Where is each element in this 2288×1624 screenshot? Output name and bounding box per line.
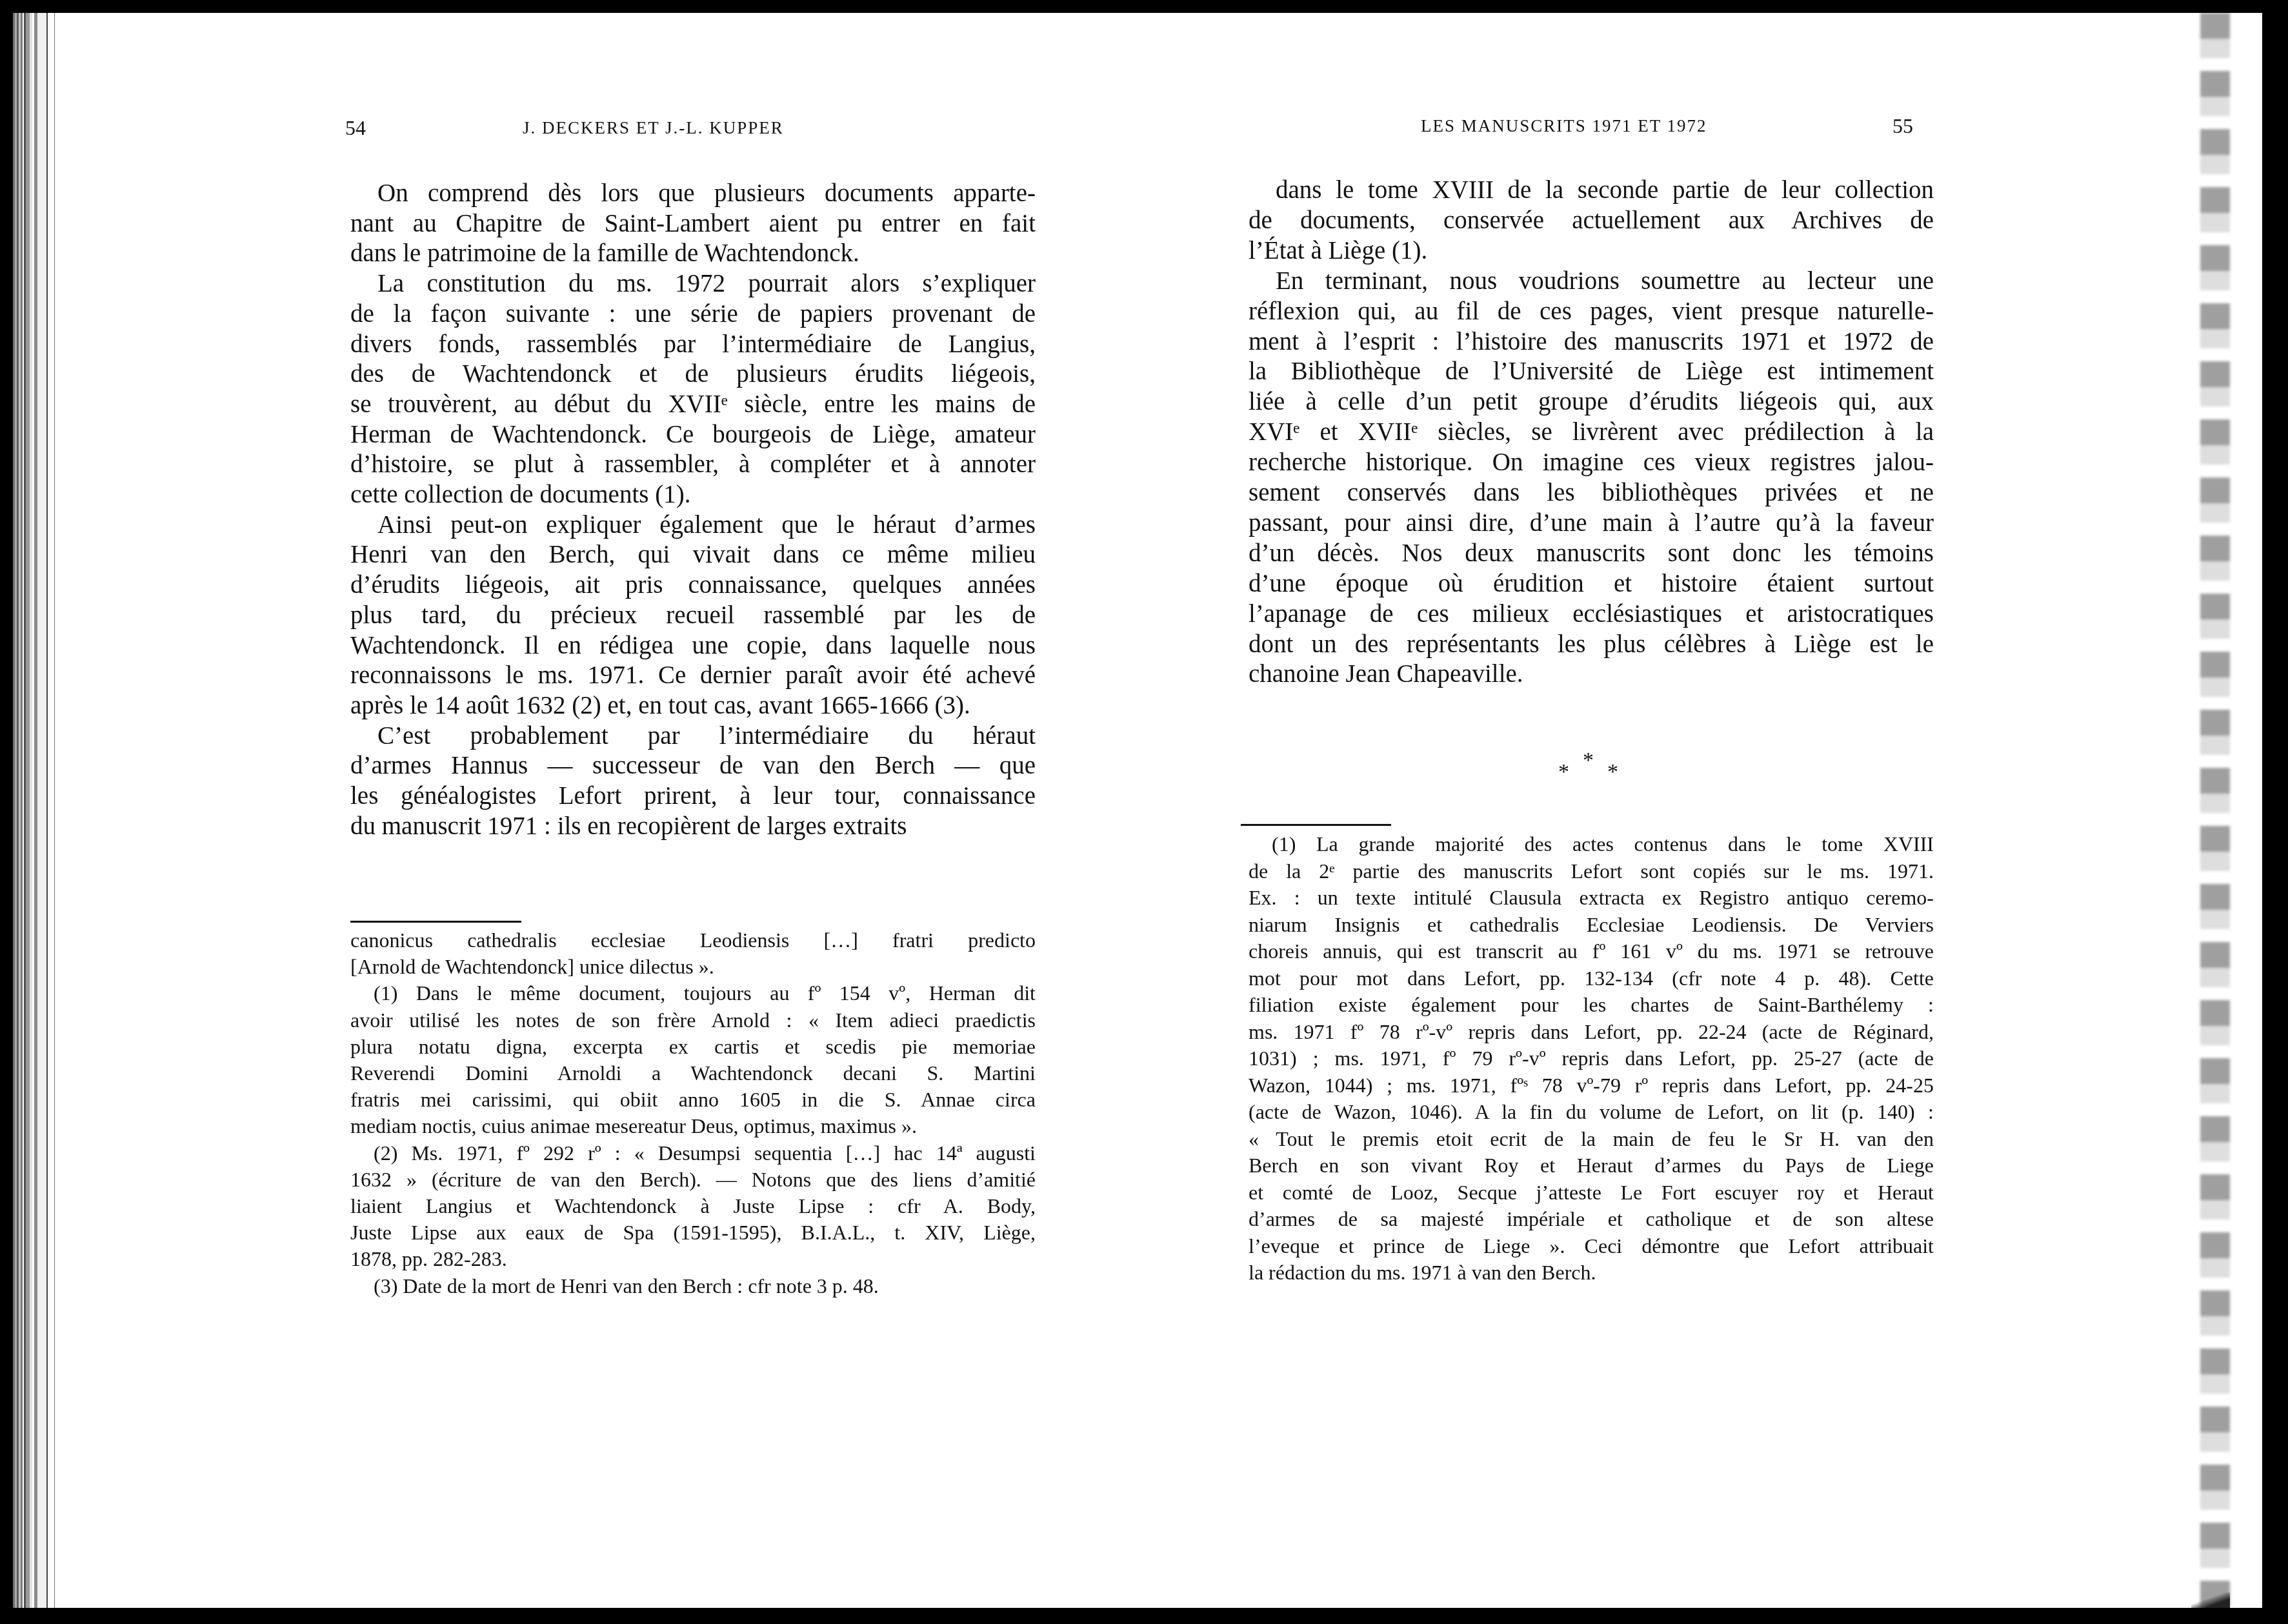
scanned-book-spread: 54 J. DECKERS ET J.-L. KUPPER On compren… bbox=[13, 13, 2262, 1608]
body-line: reconnaissons le ms. 1971. Ce dernier pa… bbox=[350, 661, 1036, 690]
body-line: recherche historique. On imagine ces vie… bbox=[1249, 448, 1934, 477]
footnote-line: (1) La grande majorité des actes contenu… bbox=[1272, 831, 1934, 857]
scan-gutter-shadow-left bbox=[13, 13, 65, 1608]
footnote-line: (acte de Wazon, 1046). A la fin du volum… bbox=[1249, 1099, 1934, 1125]
body-line: de la façon suivante : une série de papi… bbox=[350, 299, 1036, 329]
body-line: la Bibliothèque de l’Université de Liège… bbox=[1249, 357, 1934, 386]
body-line: La constitution du ms. 1972 pourrait alo… bbox=[377, 269, 1036, 299]
footnote-line: Wazon, 1044) ; ms. 1971, fºˢ 78 vº-79 rº… bbox=[1249, 1072, 1934, 1098]
footnote-line: (1) Dans le même document, toujours au f… bbox=[374, 980, 1036, 1006]
page-number-left: 54 bbox=[345, 116, 366, 140]
footnote-line: Ex. : un texte intitulé Clausula extract… bbox=[1249, 885, 1934, 910]
body-line: des de Wachtendonck et de plusieurs érud… bbox=[350, 359, 1036, 389]
body-line: ment à l’esprit : l’histoire des manuscr… bbox=[1249, 327, 1934, 357]
body-line: après le 14 août 1632 (2) et, en tout ca… bbox=[350, 691, 970, 721]
footnote-line: et comté de Looz, Secque j’atteste Le Fo… bbox=[1249, 1179, 1934, 1205]
body-line: d’une époque où érudition et histoire ét… bbox=[1249, 569, 1934, 599]
body-line: se trouvèrent, au début du XVIIᵉ siècle,… bbox=[350, 390, 1036, 419]
body-line: l’État à Liège (1). bbox=[1249, 236, 1427, 266]
body-line: XVIᵉ et XVIIᵉ siècles, se livrèrent avec… bbox=[1249, 417, 1934, 447]
footnote-line: choreis annuis, qui est transcrit au fº … bbox=[1249, 938, 1934, 964]
body-line: d’un décès. Nos deux manuscrits sont don… bbox=[1249, 539, 1934, 568]
body-line: d’histoire, se plut à rassembler, à comp… bbox=[350, 450, 1036, 479]
footnote-line: [Arnold de Wachtendonck] unice dilectus … bbox=[350, 954, 714, 979]
running-head-right: LES MANUSCRITS 1971 ET 1972 bbox=[1421, 116, 1707, 136]
body-line: divers fonds, rassemblés par l’intermédi… bbox=[350, 330, 1036, 359]
footnote-line: fratris mei carissimi, qui obiit anno 16… bbox=[350, 1087, 1036, 1112]
footnote-line: plura notatu digna, excerpta ex cartis e… bbox=[350, 1034, 1036, 1059]
body-line: sement conservés dans les bibliothèques … bbox=[1249, 478, 1934, 508]
body-line: de documents, conservée actuellement aux… bbox=[1249, 206, 1934, 236]
footnote-line: liaient Langius et Wachtendonck à Juste … bbox=[350, 1193, 1036, 1219]
body-line: Ainsi peut-on expliquer également que le… bbox=[377, 510, 1036, 540]
footnote-line: Berch en son vivant Roy et Heraut d’arme… bbox=[1249, 1152, 1934, 1178]
scan-corner-smudge bbox=[2191, 1592, 2230, 1608]
body-line: Wachtendonck. Il en rédigea une copie, d… bbox=[350, 631, 1036, 661]
footnote-line: la rédaction du ms. 1971 à van den Berch… bbox=[1249, 1259, 1596, 1285]
footnote-line: (2) Ms. 1971, fº 292 rº : « Desumpsi seq… bbox=[374, 1140, 1036, 1166]
body-line: du manuscrit 1971 : ils en recopièrent d… bbox=[350, 812, 907, 841]
footnote-line: 1878, pp. 282-283. bbox=[350, 1246, 507, 1272]
footnote-line: ms. 1971 fº 78 rº-vº repris dans Lefort,… bbox=[1249, 1019, 1934, 1045]
body-line: liée à celle d’un petit groupe d’érudits… bbox=[1249, 387, 1934, 417]
footnote-line: d’armes de sa majesté impériale et catho… bbox=[1249, 1206, 1934, 1232]
scan-edge-shadow-right bbox=[2200, 13, 2230, 1608]
body-line: l’apanage de ces milieux ecclésiastiques… bbox=[1249, 599, 1934, 629]
footnote-line: de la 2ᵉ partie des manuscrits Lefort so… bbox=[1249, 858, 1934, 884]
body-line: dont un des représentants les plus célèb… bbox=[1249, 630, 1934, 659]
footnote-line: l’eveque et prince de Liege ». Ceci démo… bbox=[1249, 1233, 1934, 1259]
footnote-line: niarum Insignis et cathedralis Ecclesiae… bbox=[1249, 912, 1934, 937]
footnote-rule-left bbox=[350, 921, 521, 923]
body-line: réflexion qui, au fil de ces pages, vien… bbox=[1249, 297, 1934, 326]
body-line: dans le patrimoine de la famille de Wach… bbox=[350, 239, 859, 268]
footnote-rule-right bbox=[1241, 824, 1391, 826]
body-line: plus tard, du précieux recueil rassemblé… bbox=[350, 601, 1036, 630]
footnote-line: (3) Date de la mort de Henri van den Ber… bbox=[374, 1273, 879, 1299]
body-line: C’est probablement par l’intermédiaire d… bbox=[377, 721, 1036, 751]
footnote-line: Juste Lipse aux eaux de Spa (1591-1595),… bbox=[350, 1219, 1036, 1245]
body-line: chanoine Jean Chapeaville. bbox=[1249, 659, 1523, 689]
running-head-left: J. DECKERS ET J.-L. KUPPER bbox=[523, 118, 784, 138]
footnote-line: avoir utilisé les notes de son frère Arn… bbox=[350, 1007, 1036, 1033]
body-line: Herman de Wachtendonck. Ce bourgeois de … bbox=[350, 420, 1036, 450]
body-line: nant au Chapitre de Saint-Lambert aient … bbox=[350, 209, 1036, 239]
page-number-right: 55 bbox=[1892, 114, 1913, 138]
body-line: cette collection de documents (1). bbox=[350, 480, 690, 510]
body-line: les généalogistes Lefort prirent, à leur… bbox=[350, 781, 1036, 811]
footnote-line: Reverendi Domini Arnoldi a Wachtendonck … bbox=[350, 1060, 1036, 1086]
footnote-line: filiation existe également pour les char… bbox=[1249, 992, 1934, 1018]
body-line: passant, pour ainsi dire, d’une main à l… bbox=[1249, 508, 1934, 538]
footnote-line: canonicus cathedralis ecclesiae Leodiens… bbox=[350, 927, 1036, 953]
body-line: dans le tome XVIII de la seconde partie … bbox=[1276, 175, 1934, 205]
footnote-line: mediam noctis, cuius animae mesereatur D… bbox=[350, 1113, 917, 1139]
footnote-line: 1632 » (écriture de van den Berch). — No… bbox=[350, 1167, 1036, 1192]
body-line: On comprend dès lors que plusieurs docum… bbox=[377, 179, 1036, 208]
footnote-line: mot pour mot dans Lefort, pp. 132-134 (c… bbox=[1249, 965, 1934, 991]
body-line: d’armes Hannus — successeur de van den B… bbox=[350, 751, 1036, 781]
footnote-line: « Tout le premis etoit ecrit de la main … bbox=[1249, 1126, 1934, 1152]
body-line: En terminant, nous voudrions soumettre a… bbox=[1276, 266, 1934, 296]
body-line: Henri van den Berch, qui vivait dans ce … bbox=[350, 540, 1036, 570]
body-line: d’érudits liégeois, ait pris connaissanc… bbox=[350, 570, 1036, 600]
footnote-line: 1031) ; ms. 1971, fº 79 rº-vº repris dan… bbox=[1249, 1045, 1934, 1071]
